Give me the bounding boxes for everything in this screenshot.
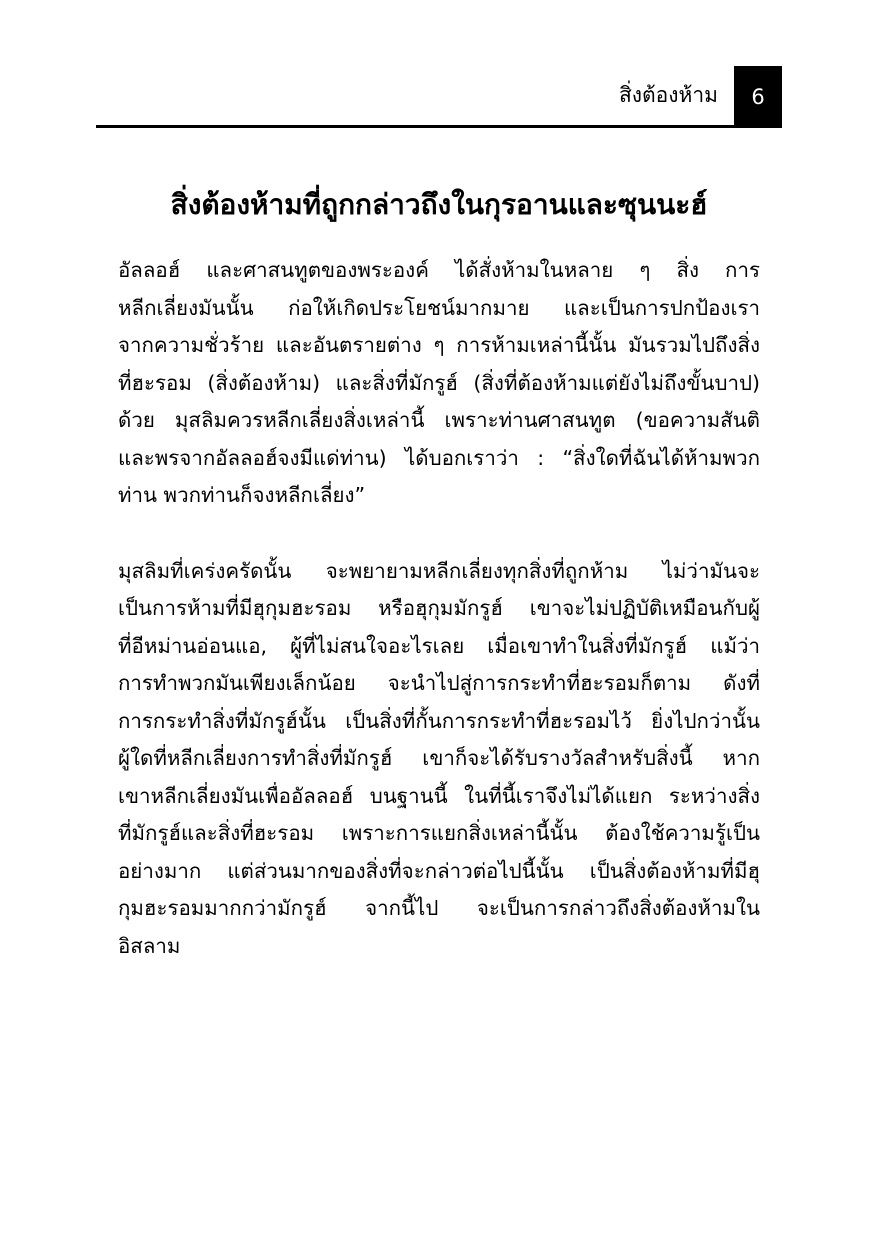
text-line: หลีกเลี่ยงมันนั้น ก่อให้เกิดประโยชน์มากม…	[118, 290, 760, 328]
text-line: ผู้ใดที่หลีกเลี่ยงการทำสิ่งที่มักรูฮ์ เข…	[118, 740, 760, 778]
running-title: สิ่งต้องห้าม	[619, 80, 718, 110]
body-text: อัลลอฮ์ และศาสนทูตของพระองค์ ได้สั่งห้าม…	[118, 252, 760, 1003]
text-line: เป็นการห้ามที่มีฮุกุมฮะรอม หรือฮุกุมมักร…	[118, 590, 760, 628]
text-line: อย่างมาก แต่ส่วนมากของสิ่งที่จะกล่าวต่อไ…	[118, 853, 760, 891]
page-number-box: 6	[734, 66, 782, 128]
text-line: อัลลอฮ์ และศาสนทูตของพระองค์ ได้สั่งห้าม…	[118, 252, 760, 290]
text-line: การทำพวกมันเพียงเล็กน้อย จะนำไปสู่การกระ…	[118, 665, 760, 703]
text-line: อิสลาม	[118, 928, 760, 966]
text-line: มุสลิมที่เคร่งครัดนั้น จะพยายามหลีกเลี่ย…	[118, 553, 760, 591]
header-rule	[96, 125, 782, 128]
chapter-title: สิ่งต้องห้ามที่ถูกกล่าวถึงในกุรอานและซุน…	[96, 183, 782, 227]
text-line: กุมฮะรอมมากกว่ามักรูฮ์ จากนี้ไป จะเป็นกา…	[118, 890, 760, 928]
text-line: จากความชั่วร้าย และอันตรายต่าง ๆ การห้าม…	[118, 327, 760, 365]
text-line: เขาหลีกเลี่ยงมันเพื่ออัลลอฮ์ บนฐานนี้ ใน…	[118, 778, 760, 816]
page-header: สิ่งต้องห้าม 6	[96, 66, 782, 128]
text-line: การกระทำสิ่งที่มักรูฮ์นั้น เป็นสิ่งที่กั…	[118, 703, 760, 741]
text-line: ด้วย มุสลิมควรหลีกเลี่ยงสิ่งเหล่านี้ เพร…	[118, 402, 760, 440]
page-number: 6	[751, 85, 764, 109]
text-line: ที่อีหม่านอ่อนแอ, ผู้ที่ไม่สนใจอะไรเลย เ…	[118, 628, 760, 666]
text-line: ที่มักรูฮ์และสิ่งที่ฮะรอม เพราะการแยกสิ่…	[118, 815, 760, 853]
text-line: ที่ฮะรอม (สิ่งต้องห้าม) และสิ่งที่มักรูฮ…	[118, 365, 760, 403]
paragraph-2: มุสลิมที่เคร่งครัดนั้น จะพยายามหลีกเลี่ย…	[118, 553, 760, 966]
text-line: ท่าน พวกท่านก็จงหลีกเลี่ยง”	[118, 477, 760, 515]
text-line: และพรจากอัลลอฮ์จงมีแด่ท่าน) ได้บอกเราว่า…	[118, 440, 760, 478]
paragraph-1: อัลลอฮ์ และศาสนทูตของพระองค์ ได้สั่งห้าม…	[118, 252, 760, 515]
